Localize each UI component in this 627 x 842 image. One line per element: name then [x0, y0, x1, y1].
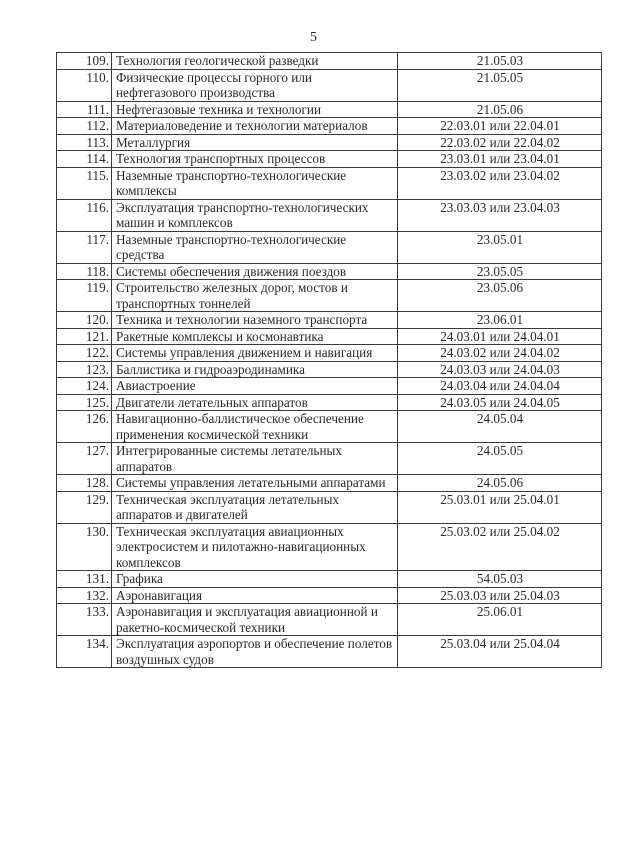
specialty-name: Интегрированные системы летательных аппа…	[112, 443, 398, 475]
table-row: 118. Системы обеспечения движения поездо…	[57, 263, 602, 280]
row-number: 123.	[57, 361, 112, 378]
specialty-name: Двигатели летательных аппаратов	[112, 394, 398, 411]
specialty-name: Ракетные комплексы и космонавтика	[112, 328, 398, 345]
row-number: 120.	[57, 312, 112, 329]
table-row: 112. Материаловедение и технологии матер…	[57, 118, 602, 135]
specialty-name: Баллистика и гидроаэродинамика	[112, 361, 398, 378]
table-row: 120. Техника и технологии наземного тран…	[57, 312, 602, 329]
specialty-name: Техническая эксплуатация летательных апп…	[112, 491, 398, 523]
specialty-code: 22.03.02 или 22.04.02	[398, 134, 602, 151]
specialty-code: 25.06.01	[398, 604, 602, 636]
specialty-name: Аэронавигация	[112, 587, 398, 604]
table-row: 130. Техническая эксплуатация авиационны…	[57, 523, 602, 571]
row-number: 109.	[57, 53, 112, 70]
specialty-code: 25.03.01 или 25.04.01	[398, 491, 602, 523]
row-number: 118.	[57, 263, 112, 280]
table-row: 134. Эксплуатация аэропортов и обеспечен…	[57, 636, 602, 668]
row-number: 133.	[57, 604, 112, 636]
row-number: 130.	[57, 523, 112, 571]
specialty-name: Материаловедение и технологии материалов	[112, 118, 398, 135]
table-body: 109. Технология геологической разведки 2…	[57, 53, 602, 668]
row-number: 132.	[57, 587, 112, 604]
specialty-name: Техника и технологии наземного транспорт…	[112, 312, 398, 329]
specialty-code: 24.05.06	[398, 475, 602, 492]
specialty-name: Наземные транспортно-технологические ком…	[112, 167, 398, 199]
row-number: 115.	[57, 167, 112, 199]
table-row: 133. Аэронавигация и эксплуатация авиаци…	[57, 604, 602, 636]
table-row: 125. Двигатели летательных аппаратов 24.…	[57, 394, 602, 411]
specialty-name: Навигационно-баллистическое обеспечение …	[112, 411, 398, 443]
row-number: 129.	[57, 491, 112, 523]
specialty-code: 21.05.05	[398, 69, 602, 101]
specialty-code: 22.03.01 или 22.04.01	[398, 118, 602, 135]
specialty-name: Системы управления летательными аппарата…	[112, 475, 398, 492]
table-row: 124. Авиастроение 24.03.04 или 24.04.04	[57, 378, 602, 395]
specialty-code: 54.05.03	[398, 571, 602, 588]
specialty-name: Физические процессы горного или нефтегаз…	[112, 69, 398, 101]
specialty-name: Наземные транспортно-технологические сре…	[112, 231, 398, 263]
row-number: 119.	[57, 280, 112, 312]
row-number: 113.	[57, 134, 112, 151]
row-number: 112.	[57, 118, 112, 135]
specialty-code: 25.03.02 или 25.04.02	[398, 523, 602, 571]
table-row: 110. Физические процессы горного или неф…	[57, 69, 602, 101]
table-row: 114. Технология транспортных процессов 2…	[57, 151, 602, 168]
table-row: 115. Наземные транспортно-технологически…	[57, 167, 602, 199]
specialty-name: Эксплуатация аэропортов и обеспечение по…	[112, 636, 398, 668]
table-row: 131. Графика 54.05.03	[57, 571, 602, 588]
specialty-name: Системы управления движением и навигация	[112, 345, 398, 362]
row-number: 134.	[57, 636, 112, 668]
specialty-name: Техническая эксплуатация авиационных эле…	[112, 523, 398, 571]
specialty-name: Технология транспортных процессов	[112, 151, 398, 168]
specialty-code: 24.03.05 или 24.04.05	[398, 394, 602, 411]
table-row: 128. Системы управления летательными апп…	[57, 475, 602, 492]
table-row: 132. Аэронавигация 25.03.03 или 25.04.03	[57, 587, 602, 604]
specialty-code: 23.06.01	[398, 312, 602, 329]
specialty-code: 23.05.05	[398, 263, 602, 280]
row-number: 110.	[57, 69, 112, 101]
specialty-code: 23.03.03 или 23.04.03	[398, 199, 602, 231]
table-row: 117. Наземные транспортно-технологически…	[57, 231, 602, 263]
row-number: 117.	[57, 231, 112, 263]
specialty-name: Эксплуатация транспортно-технологических…	[112, 199, 398, 231]
table-row: 109. Технология геологической разведки 2…	[57, 53, 602, 70]
specialty-code: 24.03.02 или 24.04.02	[398, 345, 602, 362]
row-number: 121.	[57, 328, 112, 345]
table-row: 116. Эксплуатация транспортно-технологич…	[57, 199, 602, 231]
specialty-name: Графика	[112, 571, 398, 588]
table-row: 129. Техническая эксплуатация летательны…	[57, 491, 602, 523]
table-row: 113. Металлургия 22.03.02 или 22.04.02	[57, 134, 602, 151]
table-row: 111. Нефтегазовые техника и технологии 2…	[57, 101, 602, 118]
row-number: 125.	[57, 394, 112, 411]
row-number: 126.	[57, 411, 112, 443]
specialty-code: 21.05.03	[398, 53, 602, 70]
table-row: 126. Навигационно-баллистическое обеспеч…	[57, 411, 602, 443]
table-row: 121. Ракетные комплексы и космонавтика 2…	[57, 328, 602, 345]
specialties-table: 109. Технология геологической разведки 2…	[56, 52, 602, 668]
specialty-code: 23.03.01 или 23.04.01	[398, 151, 602, 168]
specialty-code: 24.05.04	[398, 411, 602, 443]
row-number: 111.	[57, 101, 112, 118]
specialty-code: 24.03.04 или 24.04.04	[398, 378, 602, 395]
table-row: 123. Баллистика и гидроаэродинамика 24.0…	[57, 361, 602, 378]
specialty-code: 23.05.06	[398, 280, 602, 312]
specialty-name: Строительство железных дорог, мостов и т…	[112, 280, 398, 312]
row-number: 127.	[57, 443, 112, 475]
specialty-name: Аэронавигация и эксплуатация авиационной…	[112, 604, 398, 636]
specialty-code: 23.03.02 или 23.04.02	[398, 167, 602, 199]
table-row: 122. Системы управления движением и нави…	[57, 345, 602, 362]
specialty-code: 24.03.03 или 24.04.03	[398, 361, 602, 378]
row-number: 122.	[57, 345, 112, 362]
specialty-name: Авиастроение	[112, 378, 398, 395]
row-number: 124.	[57, 378, 112, 395]
specialty-name: Металлургия	[112, 134, 398, 151]
specialty-name: Системы обеспечения движения поездов	[112, 263, 398, 280]
table-row: 119. Строительство железных дорог, мосто…	[57, 280, 602, 312]
specialty-code: 23.05.01	[398, 231, 602, 263]
specialty-name: Нефтегазовые техника и технологии	[112, 101, 398, 118]
row-number: 114.	[57, 151, 112, 168]
specialty-code: 24.05.05	[398, 443, 602, 475]
specialty-code: 25.03.03 или 25.04.03	[398, 587, 602, 604]
specialty-code: 25.03.04 или 25.04.04	[398, 636, 602, 668]
row-number: 116.	[57, 199, 112, 231]
row-number: 131.	[57, 571, 112, 588]
table-row: 127. Интегрированные системы летательных…	[57, 443, 602, 475]
row-number: 128.	[57, 475, 112, 492]
specialty-code: 24.03.01 или 24.04.01	[398, 328, 602, 345]
page-number: 5	[0, 30, 627, 46]
specialty-code: 21.05.06	[398, 101, 602, 118]
specialty-name: Технология геологической разведки	[112, 53, 398, 70]
